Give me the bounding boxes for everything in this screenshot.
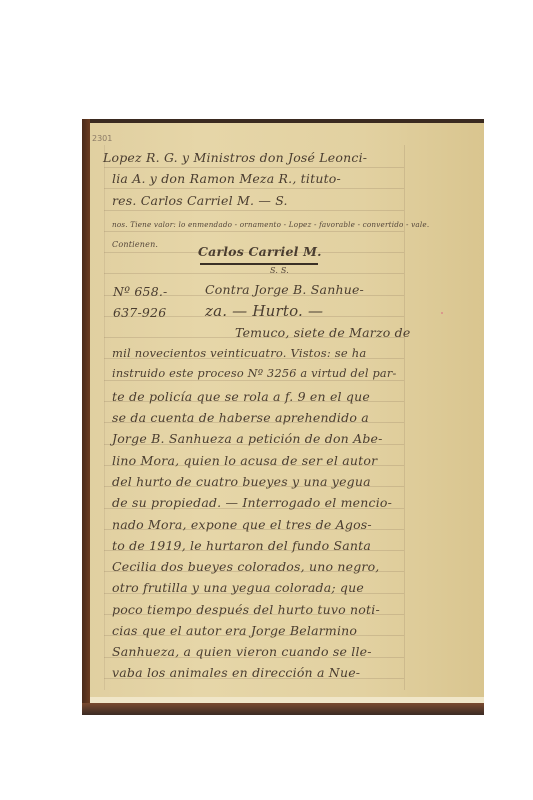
body-line: cias que el autor era Jorge Belarmino (112, 623, 357, 638)
case-title-line-1: Contra Jorge B. Sanhue- (205, 282, 364, 297)
folio-number: 2301 (92, 134, 112, 143)
header-notes-line: nos. Tiene valor: lo enmendado - ornamen… (112, 220, 429, 229)
case-file-ref: 637-926 (113, 305, 166, 320)
header-line-5: Contienen. (112, 240, 158, 249)
body-line: de su propiedad. — Interrogado el mencio… (112, 495, 392, 510)
body-line: poco tiempo después del hurto tuvo noti- (112, 602, 380, 617)
body-line: se da cuenta de haberse aprehendido a (112, 410, 369, 425)
body-line: vaba los animales en dirección a Nue- (112, 665, 360, 680)
binding-left-edge (82, 119, 90, 714)
binding-bottom-edge (82, 703, 484, 715)
body-line: to de 1919, le hurtaron del fundo Santa (112, 538, 371, 553)
header-line-3: res. Carlos Carriel M. — S. (112, 193, 288, 208)
body-line: del hurto de cuatro bueyes y una yegua (112, 474, 371, 489)
signature-initials: S. S. (270, 266, 289, 275)
ruled-line (104, 210, 404, 211)
body-line: instruido este proceso Nº 3256 a virtud … (112, 367, 396, 380)
signature-underline (200, 263, 318, 265)
binding-top-edge (82, 119, 484, 123)
ruled-line (104, 273, 404, 274)
case-number: Nº 658.- (113, 284, 167, 299)
header-line-2: lia A. y don Ramon Meza R., tituto- (112, 171, 341, 186)
body-line: Temuco, siete de Marzo de (235, 325, 410, 340)
body-line: te de policía que se rola a f. 9 en el q… (112, 389, 370, 404)
body-line: Cecilia dos bueyes colorados, uno negro, (112, 559, 380, 574)
ruled-line (104, 188, 404, 189)
left-margin-rule (104, 145, 105, 690)
header-line-1: Lopez R. G. y Ministros don José Leonci- (103, 150, 367, 165)
signature: Carlos Carriel M. (198, 244, 322, 259)
body-line: mil novecientos veinticuatro. Vistos: se… (112, 346, 366, 360)
body-line: otro frutilla y una yegua colorada; que (112, 580, 364, 595)
body-line: Jorge B. Sanhueza a petición de don Abe- (112, 431, 383, 446)
ruled-line (104, 167, 404, 168)
case-title-line-2: za. — Hurto. — (205, 302, 323, 320)
body-line: lino Mora, quien lo acusa de ser el auto… (112, 453, 377, 468)
ruled-line (104, 231, 404, 232)
body-line: Sanhueza, a quien vieron cuando se lle- (112, 644, 372, 659)
body-line: nado Mora, expone que el tres de Agos- (112, 517, 372, 532)
ruled-line (104, 380, 404, 381)
red-mark (441, 312, 443, 314)
